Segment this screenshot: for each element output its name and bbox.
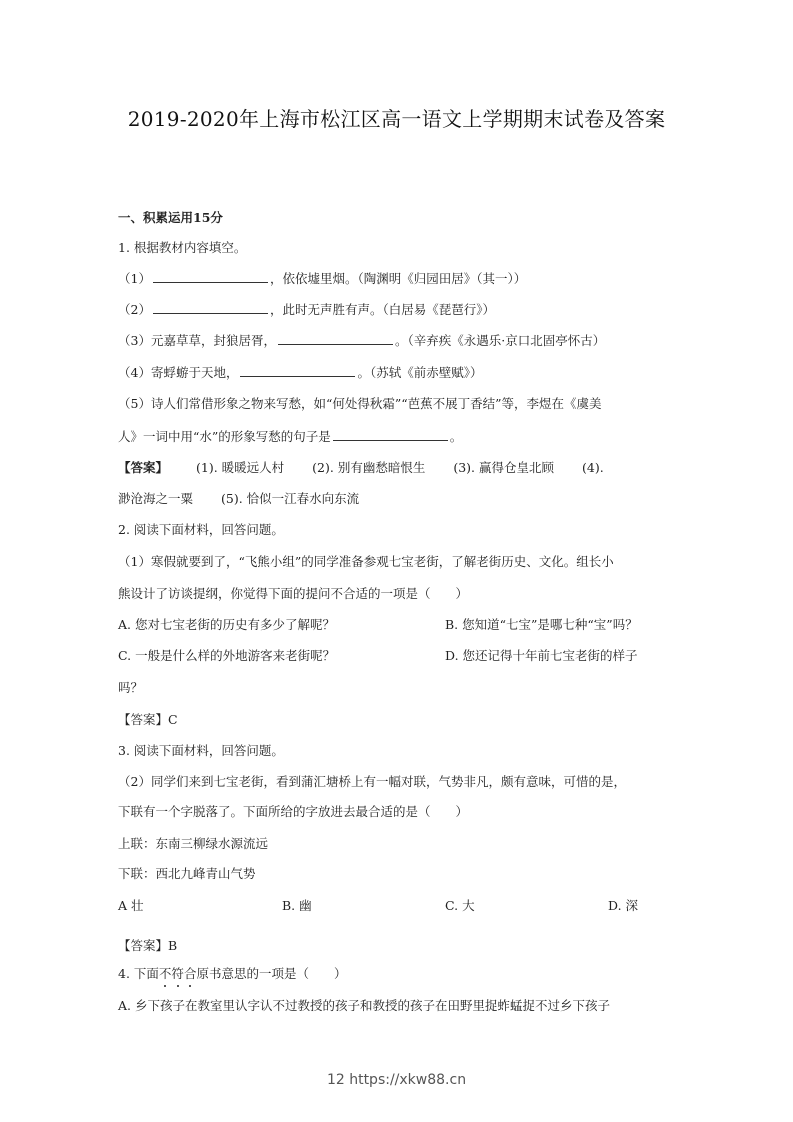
q1-item-2: （2），此时无声胜有声。（白居易《琵琶行》） <box>118 301 495 318</box>
q1-item-1-suffix: ，依依墟里烟。（陶渊明《归园田居》（其一）） <box>270 271 526 286</box>
q3-option-a: A 壮 <box>118 898 144 914</box>
answer-label: 【答案】 <box>118 460 168 475</box>
emphasis-char: 不 <box>159 966 172 982</box>
q2-option-a: A. 您对七宝老街的历史有多少了解呢？ <box>118 617 335 633</box>
couplet-lower: 下联：西北九峰青山气势 <box>118 866 256 882</box>
q3-option-c: C. 大 <box>445 898 475 914</box>
q3-body-line-1: （2）同学们来到七宝老街，看到蒲汇塘桥上有一幅对联，气势非凡，颇有意味，可惜的是… <box>118 774 626 790</box>
fill-blank <box>153 301 268 314</box>
answer-2: (2). 别有幽愁暗恨生 <box>312 460 425 475</box>
q1-item-3-prefix: （3）元嘉草草，封狼居胥， <box>118 333 276 348</box>
q2-option-c: C. 一般是什么样的外地游客来老街呢？ <box>118 648 335 664</box>
q3-answer: 【答案】B <box>118 938 177 954</box>
q1-answer-line-1: 【答案】(1). 暖暖远人村(2). 别有幽愁暗恨生(3). 赢得仓皇北顾(4)… <box>118 460 604 476</box>
q2-answer: 【答案】C <box>118 712 178 728</box>
section-heading: 一、积累运用15分 <box>118 210 223 226</box>
q1-item-2-prefix: （2） <box>118 302 151 317</box>
q1-item-3-suffix: 。（辛弃疾《永遇乐·京口北固亭怀古） <box>395 333 605 348</box>
question-3-stem: 3. 阅读下面材料，回答问题。 <box>118 743 284 759</box>
q2-option-d: D. 您还记得十年前七宝老街的样子 <box>445 648 638 664</box>
fill-blank <box>153 270 268 283</box>
q1-item-4-prefix: （4）寄蜉蝣于天地， <box>118 365 238 380</box>
q3-option-d: D. 深 <box>608 898 638 914</box>
q1-item-4: （4）寄蜉蝣于天地，。（苏轼《前赤壁赋》） <box>118 364 482 381</box>
question-1-stem: 1. 根据教材内容填空。 <box>118 240 246 256</box>
q1-item-5-line-1: （5）诗人们常借形象之物来写愁，如“何处得秋霜”“芭蕉不展丁香结”等，李煜在《虞… <box>118 396 602 412</box>
question-2-stem: 2. 阅读下面材料，回答问题。 <box>118 522 284 538</box>
q2-option-b: B. 您知道“七宝”是哪七种“宝”吗？ <box>445 617 638 633</box>
answer-4: 渺沧海之一粟 <box>118 491 193 506</box>
q1-item-5-line-2: 人》一词中用“水”的形象写愁的句子是。 <box>118 428 462 445</box>
q4-option-a: A. 乡下孩子在教室里认字认不过教授的孩子和教授的孩子在田野里捉蚱蜢捉不过乡下孩… <box>118 998 610 1014</box>
question-4-stem: 4. 下面不符合原书意思的一项是（ ） <box>118 966 346 982</box>
q3-body-line-2: 下联有一个字脱落了。下面所给的字放进去最合适的是（ ） <box>118 804 468 820</box>
fill-blank <box>278 332 393 345</box>
q4-stem-suffix: 原书意思的一项是（ ） <box>196 966 346 981</box>
q1-item-1: （1），依依墟里烟。（陶渊明《归园田居》（其一）） <box>118 270 526 287</box>
q2-body-line-2: 熊设计了访谈提纲，你觉得下面的提问不合适的一项是（ ） <box>118 586 468 602</box>
q2-body-line-1: （1）寒假就要到了，“飞熊小组”的同学准备参观七宝老街，了解老街历史、文化。组长… <box>118 554 614 570</box>
page-footer: 12 https://xkw88.cn <box>0 1072 793 1088</box>
q1-item-5-prefix: 人》一词中用“水”的形象写愁的句子是 <box>118 429 331 444</box>
q3-option-b: B. 幽 <box>282 898 312 914</box>
q4-stem-prefix: 4. 下面 <box>118 966 159 981</box>
answer-3: (3). 赢得仓皇北顾 <box>453 460 554 475</box>
q2-option-d-continued: 吗？ <box>118 680 143 696</box>
emphasis-char: 合 <box>184 966 197 982</box>
q1-item-1-prefix: （1） <box>118 271 151 286</box>
couplet-upper: 上联：东南三柳绿水源流远 <box>118 836 268 852</box>
answer-5: (5). 恰似一江春水向东流 <box>221 491 359 506</box>
answer-4-label: (4). <box>582 460 604 475</box>
q1-item-2-suffix: ，此时无声胜有声。（白居易《琵琶行》） <box>270 302 495 317</box>
emphasis-char: 符 <box>171 966 184 982</box>
q1-answer-line-2: 渺沧海之一粟(5). 恰似一江春水向东流 <box>118 491 359 507</box>
q1-item-3: （3）元嘉草草，封狼居胥，。（辛弃疾《永遇乐·京口北固亭怀古） <box>118 332 605 349</box>
page-title: 2019-2020年上海市松江区高一语文上学期期末试卷及答案 <box>0 103 793 132</box>
fill-blank <box>333 428 448 441</box>
q1-item-4-suffix: 。（苏轼《前赤壁赋》） <box>357 365 482 380</box>
q1-item-5-suffix: 。 <box>450 429 463 444</box>
answer-1: (1). 暖暖远人村 <box>196 460 284 475</box>
fill-blank <box>240 364 355 377</box>
